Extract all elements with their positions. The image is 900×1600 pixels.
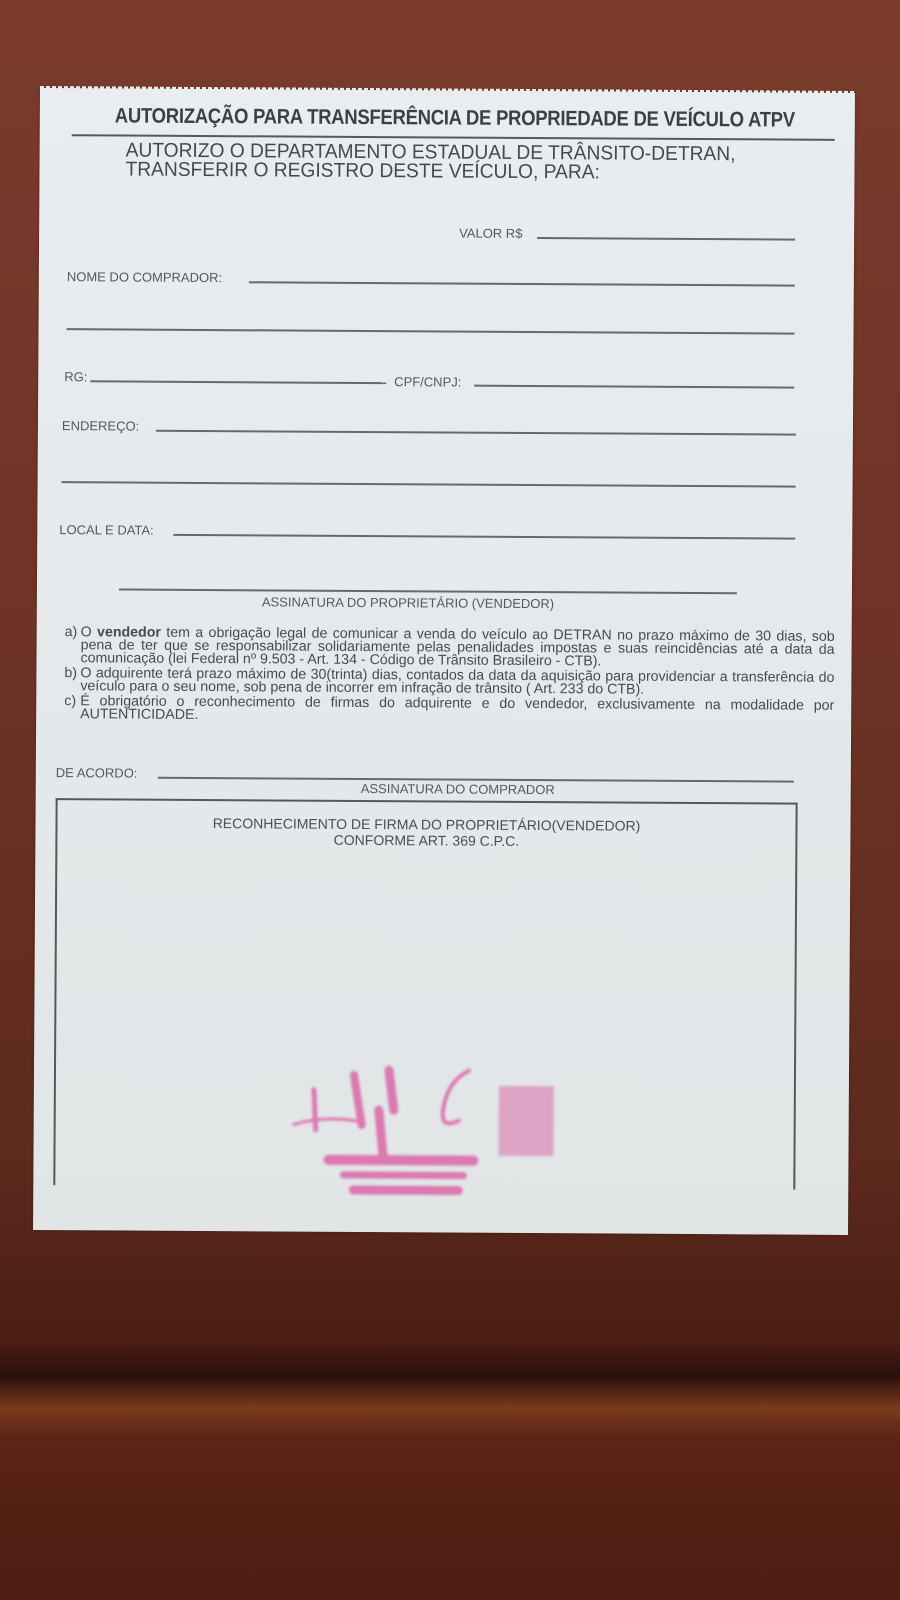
rg-label: RG: [64,369,87,384]
nome-comprador-field[interactable] [249,281,795,286]
buyer-signature-caption: ASSINATURA DO COMPRADOR [361,781,555,797]
de-acordo-label: DE ACORDO: [56,765,138,780]
atpv-form: AUTORIZAÇÃO PARA TRANSFERÊNCIA DE PROPRI… [33,88,855,1235]
local-data-field[interactable] [173,534,795,539]
endereco-label: ENDEREÇO: [62,418,139,433]
nome-comprador-label: NOME DO COMPRADOR: [67,269,222,285]
valor-label: VALOR R$ [459,226,522,241]
valor-field[interactable] [537,237,795,240]
rg-field[interactable] [90,380,386,383]
form-title: AUTORIZAÇÃO PARA TRANSFERÊNCIA DE PROPRI… [115,104,795,132]
nome-comprador-field-line2[interactable] [67,328,795,334]
endereco-field[interactable] [156,430,796,435]
legal-notes: a) O vendedor tem a obrigação legal de c… [64,626,835,728]
authorization-text: AUTORIZO O DEPARTAMENTO ESTADUAL DE TRÂN… [125,142,735,184]
cpf-cnpj-field[interactable] [474,385,794,388]
note-c: c) É obrigatório o reconhecimento de fir… [64,695,834,726]
local-data-label: LOCAL E DATA: [59,522,153,538]
notary-stamp [233,1049,594,1201]
notary-box-title: RECONHECIMENTO DE FIRMA DO PROPRIETÁRIO(… [57,814,795,851]
seller-signature-line[interactable] [119,588,737,593]
seller-signature-caption: ASSINATURA DO PROPRIETÁRIO (VENDEDOR) [262,594,554,611]
perforated-edge [40,86,855,94]
endereco-field-line2[interactable] [62,481,796,487]
note-a: a) O vendedor tem a obrigação legal de c… [64,626,834,670]
cpf-cnpj-label: CPF/CNPJ: [394,374,461,389]
